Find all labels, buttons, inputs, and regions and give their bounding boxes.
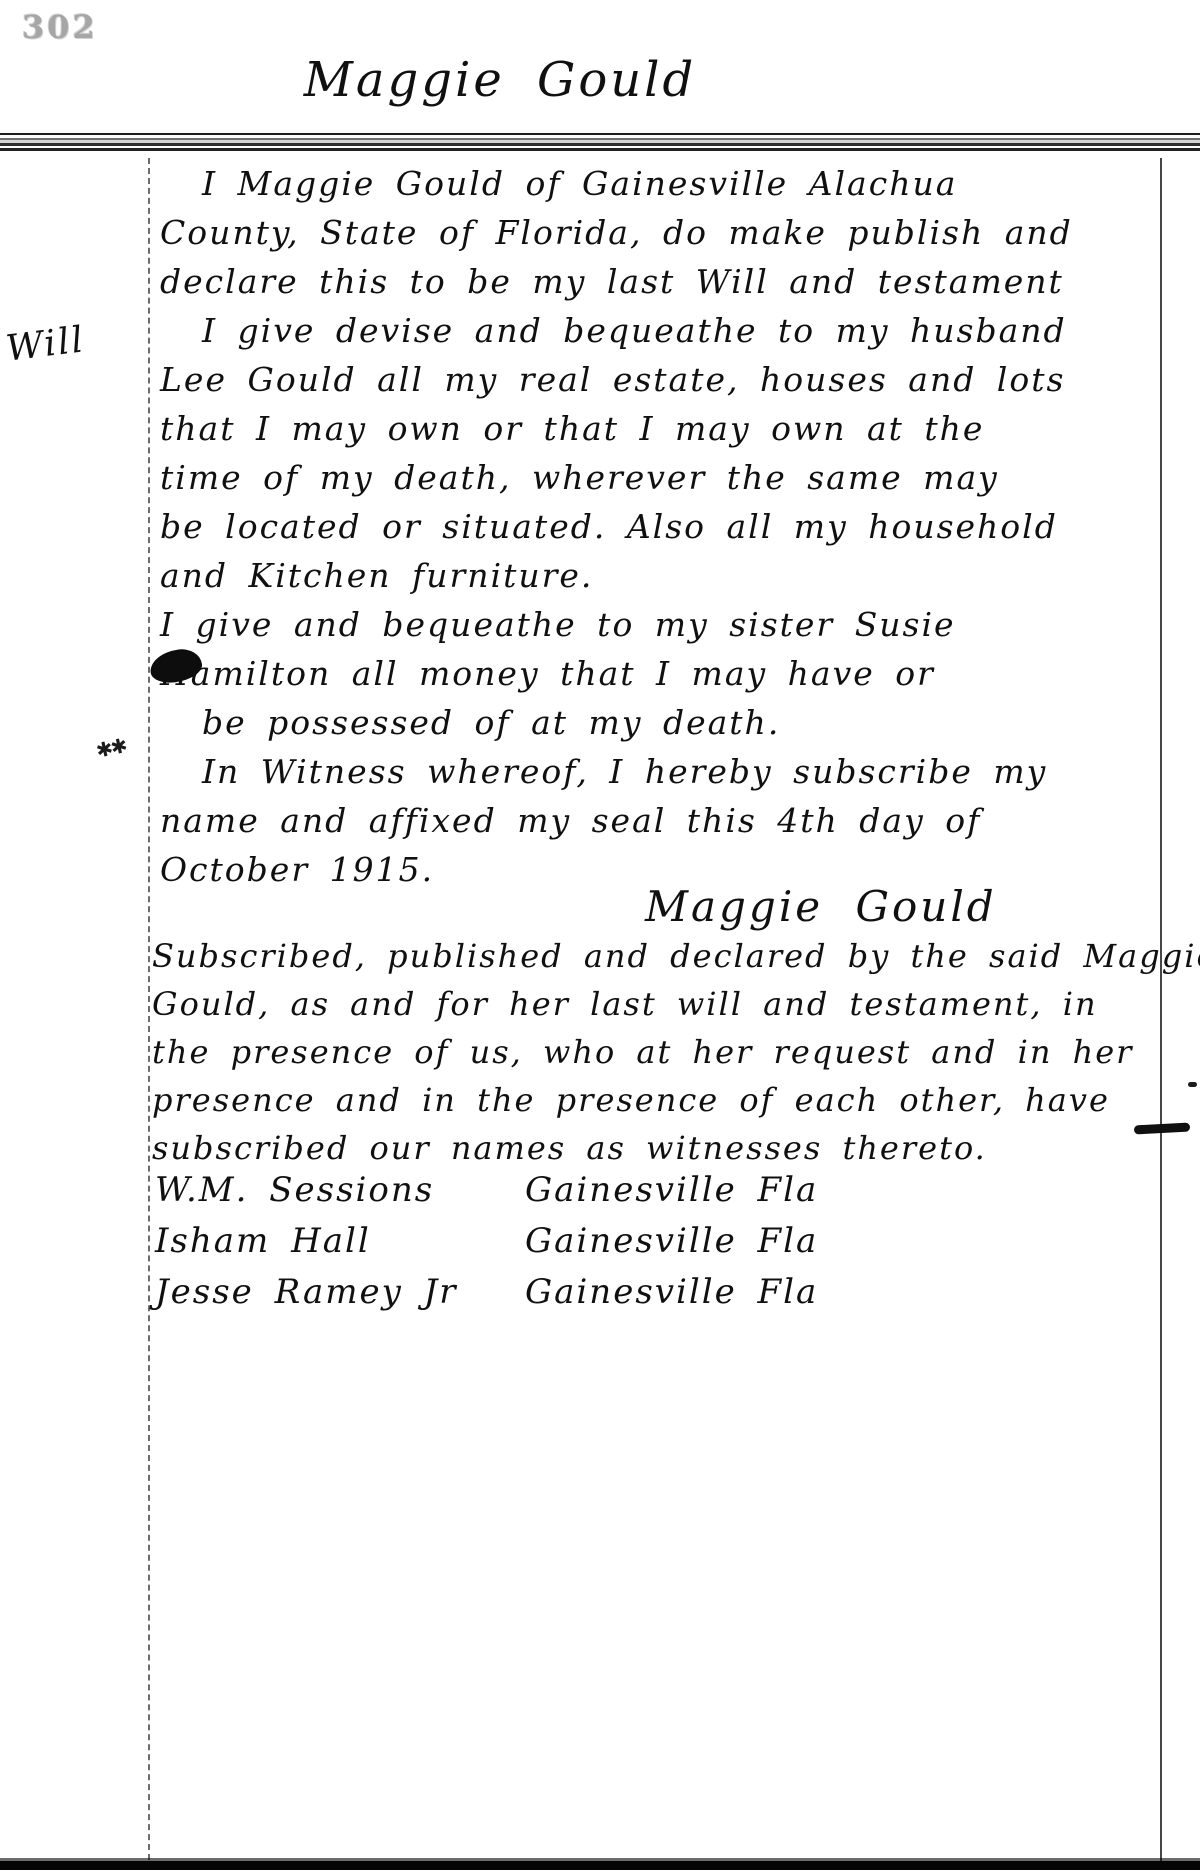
will-line: In Witness whereof, I hereby subscribe m… xyxy=(160,748,1160,797)
page-number: 302 xyxy=(22,8,98,46)
will-line: time of my death, wherever the same may xyxy=(160,454,1160,503)
attestation-line: the presence of us, who at her request a… xyxy=(152,1029,1162,1077)
will-body-text: I Maggie Gould of Gainesville AlachuaCou… xyxy=(160,160,1160,895)
ink-dash xyxy=(1134,1123,1190,1135)
witness-row: Isham HallGainesville Fla xyxy=(155,1216,1055,1267)
scan-edge-band xyxy=(0,1852,1200,1870)
will-line: be located or situated. Also all my hous… xyxy=(160,503,1160,552)
left-margin-line xyxy=(148,158,150,1870)
will-line: Lee Gould all my real estate, houses and… xyxy=(160,356,1160,405)
testator-signature: Maggie Gould xyxy=(645,882,997,931)
witness-row: W.M. SessionsGainesville Fla xyxy=(155,1165,1055,1216)
will-line: be possessed of at my death. xyxy=(160,699,1160,748)
will-record-page: 302 Maggie Gould Will I Maggie Gould of … xyxy=(0,0,1200,1870)
margin-note-will: Will xyxy=(4,319,87,369)
will-line: County, State of Florida, do make publis… xyxy=(160,209,1160,258)
ink-mark: ✱✱ xyxy=(94,733,128,763)
attestation-line: Gould, as and for her last will and test… xyxy=(152,981,1162,1029)
witness-place: Gainesville Fla xyxy=(525,1216,818,1266)
will-line: I Maggie Gould of Gainesville Alachua xyxy=(160,160,1160,209)
attestation-line: presence and in the presence of each oth… xyxy=(152,1077,1162,1125)
will-line: declare this to be my last Will and test… xyxy=(160,258,1160,307)
attestation-line: Subscribed, published and declared by th… xyxy=(152,933,1162,981)
will-line: I give and bequeathe to my sister Susie xyxy=(160,601,1160,650)
witness-name: Jesse Ramey Jr xyxy=(155,1267,458,1317)
witness-name: W.M. Sessions xyxy=(155,1165,434,1215)
attestation-clause: Subscribed, published and declared by th… xyxy=(152,933,1162,1173)
will-line: and Kitchen furniture. xyxy=(160,552,1160,601)
will-line: I give devise and bequeathe to my husban… xyxy=(160,307,1160,356)
witness-row: Jesse Ramey JrGainesville Fla xyxy=(155,1267,1055,1318)
double-rule-divider xyxy=(0,133,1200,158)
witness-signatures: W.M. SessionsGainesville FlaIsham HallGa… xyxy=(155,1165,1055,1318)
will-line: that I may own or that I may own at the xyxy=(160,405,1160,454)
witness-place: Gainesville Fla xyxy=(525,1267,818,1317)
witness-place: Gainesville Fla xyxy=(525,1165,818,1215)
will-line: Hamilton all money that I may have or xyxy=(160,650,1160,699)
will-line: name and affixed my seal this 4th day of xyxy=(160,797,1160,846)
page-title: Maggie Gould xyxy=(0,52,1000,108)
ink-speck xyxy=(1188,1082,1197,1087)
witness-name: Isham Hall xyxy=(155,1216,371,1266)
